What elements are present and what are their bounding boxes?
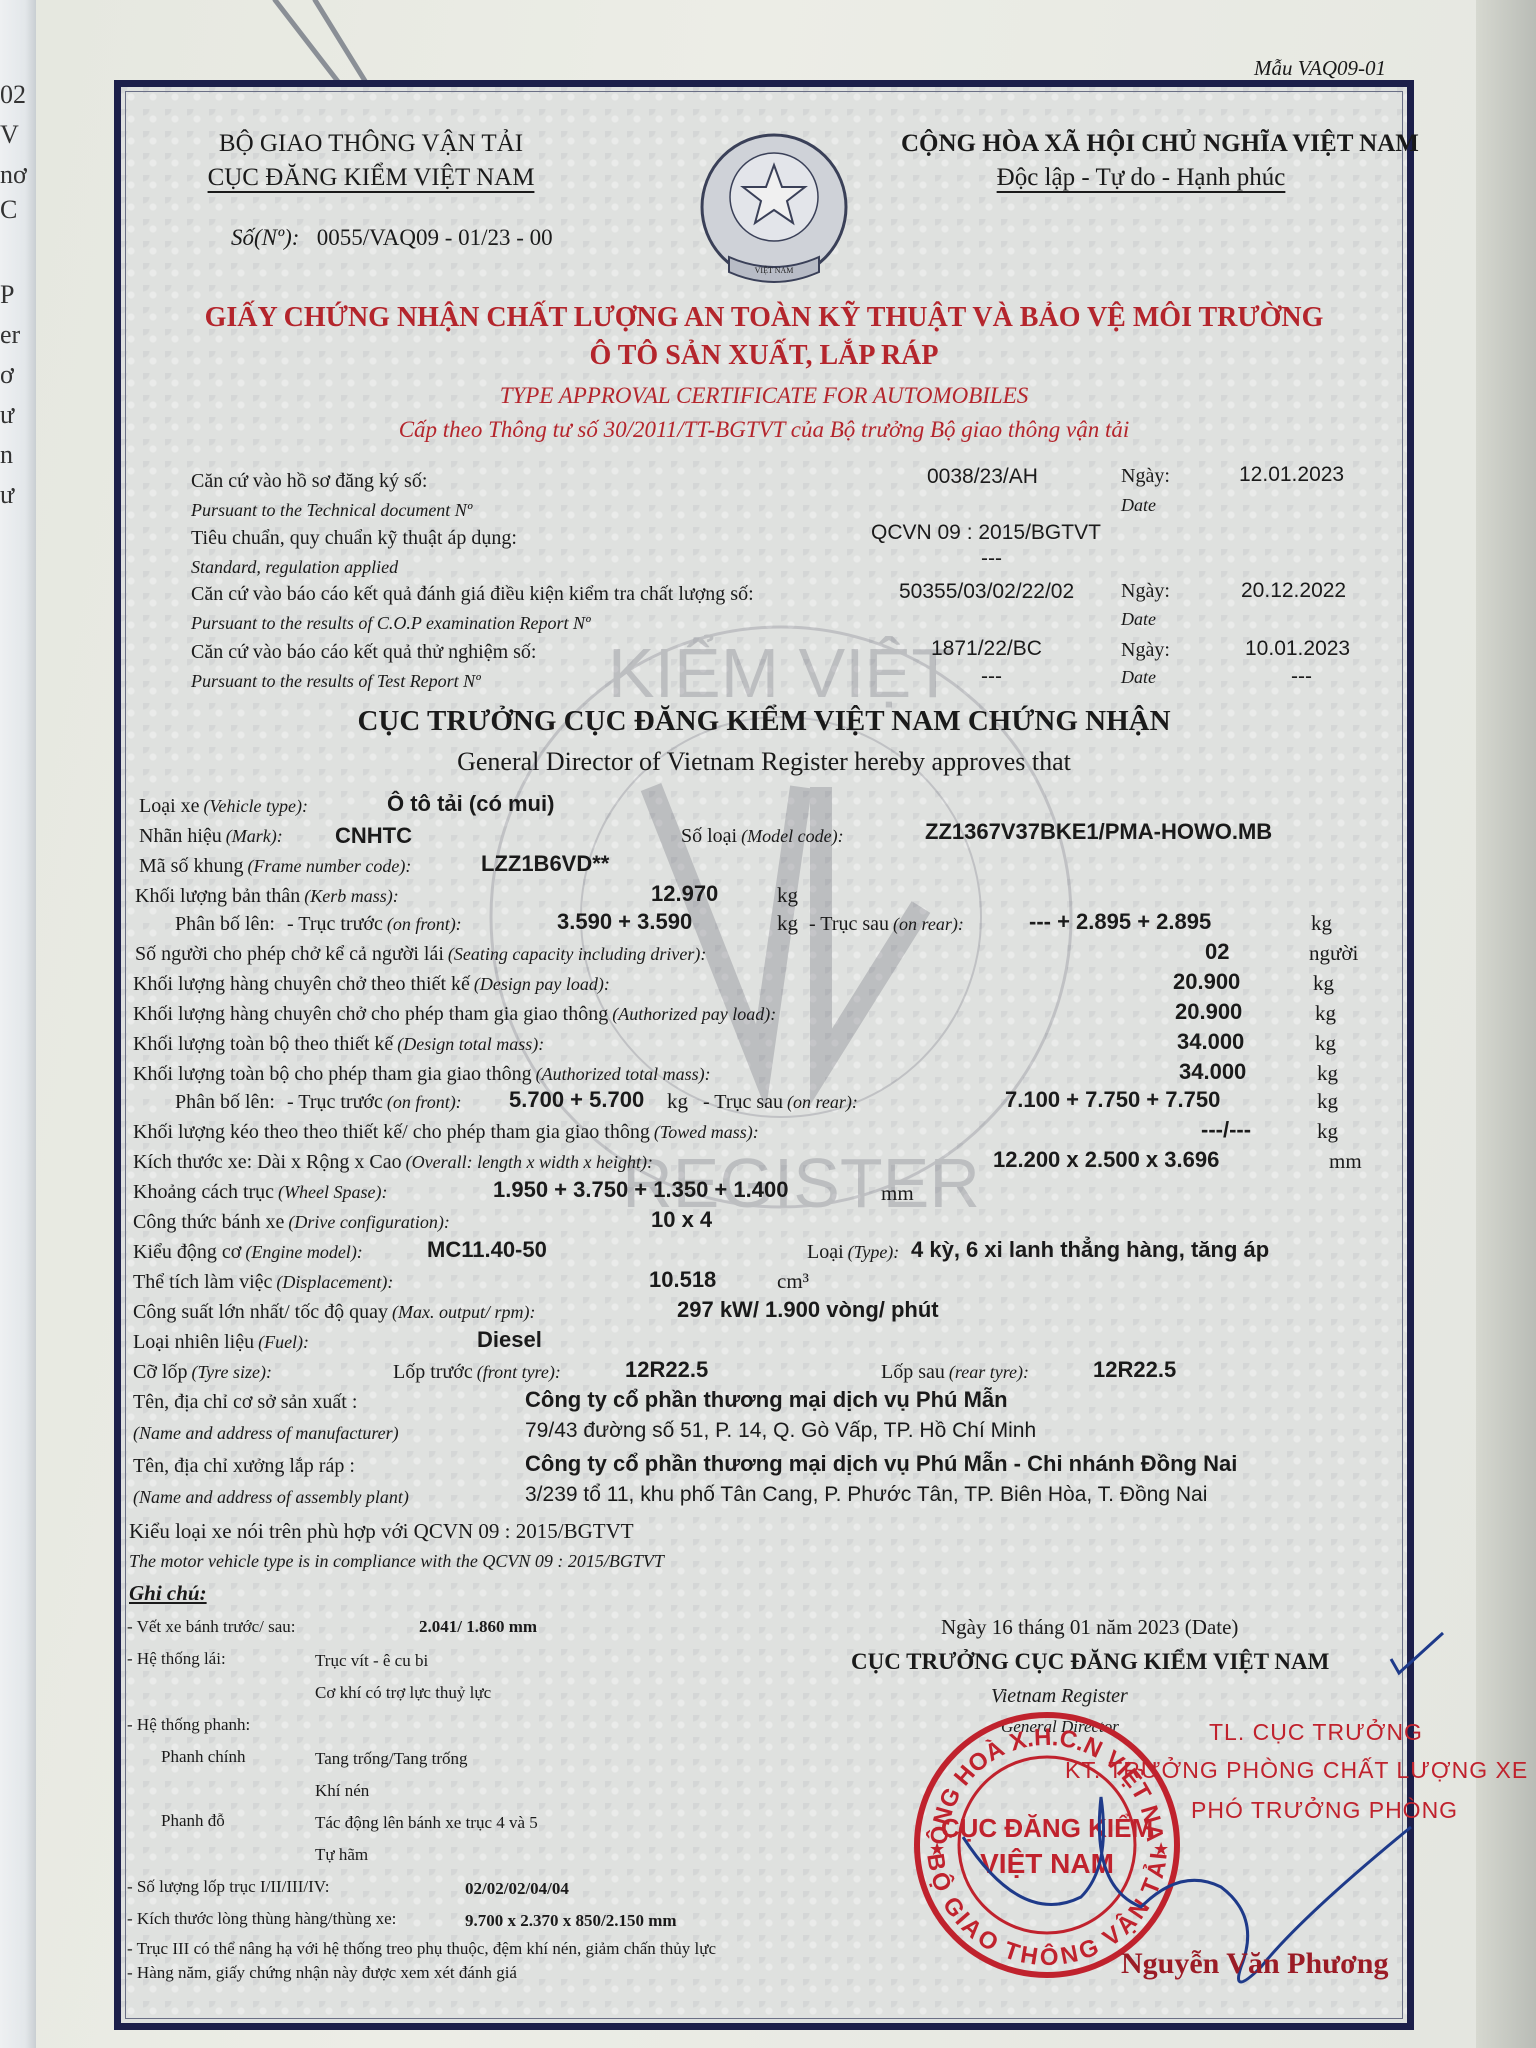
annual-review-note: - Hàng năm, giấy chứng nhận này được xem… [127,1963,517,1983]
authorized-total-label: Khối lượng toàn bộ cho phép tham gia gia… [133,1063,711,1086]
reference-label-en: Pursuant to the Technical document Nº [191,500,472,521]
frame-label: Mã số khung (Frame number code): [139,855,411,878]
certificate-title-line2: Ô TÔ SẢN XUẤT, LẮP RÁP [121,340,1407,372]
axle3-note: - Trục III có thể nâng hạ với hệ thống t… [127,1939,716,1959]
unit-kg: kg [667,1089,688,1114]
model-label: Số loại (Model code): [681,825,844,848]
date-label: Ngày: [1121,580,1170,603]
steering-type: Trục vít - ê cu bi [315,1651,428,1671]
tyre-size-label: Cỡ lốp (Tyre size): [133,1361,272,1384]
national-emblem-icon: VIỆT NAM [689,127,859,297]
unit-kg: kg [1317,1119,1338,1144]
manufacturer-label-en: (Name and address of manufacturer) [133,1423,399,1444]
reference-date-secondary: --- [1291,665,1312,689]
unit-kg: kg [1317,1061,1338,1086]
country-name: CỘNG HÒA XÃ HỘI CHỦ NGHĨA VIỆT NAM [901,127,1381,161]
assembly-label: Tên, địa chỉ xưởng lắp ráp : [133,1455,355,1478]
brake-label: - Hệ thống phanh: [127,1715,250,1735]
rear-tyre: 12R22.5 [1093,1357,1176,1383]
certificate-title-line1: GIẤY CHỨNG NHẬN CHẤT LƯỢNG AN TOÀN KỸ TH… [121,302,1407,334]
signer-name: Nguyễn Văn Phương [1121,1947,1388,1981]
unit-kg: kg [777,911,798,936]
max-output: 297 kW/ 1.900 vòng/ phút [677,1297,939,1323]
engine-model: MC11.40-50 [427,1237,547,1263]
agency-name: CỤC ĐĂNG KIỂM VIỆT NAM [181,161,561,195]
manufacturer-name: Công ty cổ phần thương mại dịch vụ Phú M… [525,1387,1008,1413]
form-code: Mẫu VAQ09-01 [1254,56,1386,81]
mark-label: Nhãn hiệu (Mark): [139,825,283,848]
seating-label: Số người cho phép chở kể cả người lái (S… [135,943,706,966]
front-tyre-label: Lốp trước (front tyre): [393,1361,561,1384]
reference-value: 0038/23/AH [927,465,1038,489]
compliance-statement-en: The motor vehicle type is in compliance … [129,1551,664,1572]
park-brake-label: Phanh đỗ [161,1811,225,1831]
vehicle-mark: CNHTC [335,823,412,849]
svg-text:KIỂM VIỆT: KIỂM VIỆT [608,633,954,712]
front-tyre: 12R22.5 [625,1357,708,1383]
reference-label-en: Pursuant to the results of C.O.P examina… [191,613,591,634]
main-brake-actuation: Khí nén [315,1781,369,1801]
back-page-edge: 02 V nơ C P er ơ ư n ư [0,0,36,2048]
reference-value: QCVN 09 : 2015/BGTVT [871,521,1101,545]
unit-persons: người [1309,941,1358,966]
authorized-payload: 20.900 [1175,999,1242,1025]
cert-no-label: Số(Nº): [231,225,299,250]
issuer-block: BỘ GIAO THÔNG VẬN TẢI CỤC ĐĂNG KIỂM VIỆT… [181,127,561,195]
assembly-label-en: (Name and address of assembly plant) [133,1487,409,1508]
unit-kg: kg [1315,1031,1336,1056]
reference-value: 1871/22/BC [931,637,1042,661]
seating-capacity: 02 [1205,939,1229,965]
certificate-title-english: TYPE APPROVAL CERTIFICATE FOR AUTOMOBILE… [121,383,1407,409]
kerb-mass: 12.970 [651,881,718,907]
reference-label: Căn cứ vào báo cáo kết quả đánh giá điều… [191,583,754,606]
unit-mm: mm [1329,1149,1362,1174]
unit-cm3: cm³ [777,1269,809,1294]
main-brake-label: Phanh chính [161,1747,246,1767]
cert-no-value: 0055/VAQ09 - 01/23 - 00 [317,225,553,250]
wheelbase-label: Khoảng cách trục (Wheel Spase): [133,1181,388,1204]
kerb-distribution-row: Phân bố lên: - Trục trước (on front): [175,913,462,936]
issue-date: Ngày 16 tháng 01 năm 2023 (Date) [941,1615,1238,1640]
displacement-label: Thể tích làm việc (Displacement): [133,1271,393,1294]
date-label-en: Date [1121,667,1156,688]
model-code: ZZ1367V37BKE1/PMA-HOWO.MB [925,819,1272,845]
kerb-rear-axle: --- + 2.895 + 2.895 [1029,909,1211,935]
vehicle-type: Ô tô tải (có mui) [387,791,554,817]
certificate-number: Số(Nº): 0055/VAQ09 - 01/23 - 00 [231,225,553,251]
drive-configuration: 10 x 4 [651,1207,712,1233]
checkmark-icon [1387,1629,1447,1679]
cargo-dims-label: - Kích thước lòng thùng hàng/thùng xe: [127,1909,396,1929]
wheelbase: 1.950 + 3.750 + 1.350 + 1.400 [493,1177,788,1203]
certificate-frame: KIỂM VIỆT REGISTER BỘ GIAO THÔNG VẬN TẢI… [114,80,1414,2030]
unit-kg: kg [1315,1001,1336,1026]
towed-mass-label: Khối lượng kéo theo theo thiết kế/ cho p… [133,1121,759,1144]
approval-heading: CỤC TRƯỞNG CỤC ĐĂNG KIỂM VIỆT NAM CHỨNG … [121,705,1407,738]
date-label-en: Date [1121,495,1156,516]
fuel-label: Loại nhiên liệu (Fuel): [133,1331,309,1354]
reference-label: Căn cứ vào hồ sơ đăng ký số: [191,470,427,493]
dimensions-label: Kích thước xe: Dài x Rộng x Cao (Overall… [133,1151,653,1174]
tyre-count-label: - Số lượng lốp trục I/II/III/IV: [127,1877,329,1897]
frame-number: LZZ1B6VD** [481,851,609,877]
vehicle-type-row: Loại xe (Vehicle type): [139,795,308,818]
max-output-label: Công suất lớn nhất/ tốc độ quay (Max. ou… [133,1301,535,1324]
total-rear-axle: 7.100 + 7.750 + 7.750 [1005,1087,1220,1113]
reference-label: Tiêu chuẩn, quy chuẩn kỹ thuật áp dụng: [191,527,517,550]
notes-heading: Ghi chú: [129,1581,207,1606]
design-payload-label: Khối lượng hàng chuyên chở theo thiết kế… [133,973,610,996]
svg-text:VIỆT NAM: VIỆT NAM [755,265,794,275]
main-brake-type: Tang trống/Tang trống [315,1749,467,1769]
steering-assist: Cơ khí có trợ lực thuỷ lực [315,1683,491,1703]
overall-dimensions: 12.200 x 2.500 x 3.696 [993,1147,1219,1173]
tyre-count: 02/02/02/04/04 [465,1879,569,1899]
unit-kg: kg [1311,911,1332,936]
reference-label: Căn cứ vào báo cáo kết quả thử nghiệm số… [191,641,536,664]
manufacturer-label: Tên, địa chỉ cơ sở sản xuất : [133,1391,357,1414]
issued-under-circular: Cấp theo Thông tư số 30/2011/TT-BGTVT củ… [121,417,1407,443]
authorized-payload-label: Khối lượng hàng chuyên chở cho phép tham… [133,1003,776,1026]
drive-config-label: Công thức bánh xe (Drive configuration): [133,1211,450,1234]
engine-model-label: Kiểu động cơ (Engine model): [133,1241,363,1264]
engine-type-label: Loại (Type): [807,1241,899,1264]
reference-date: 20.12.2022 [1241,579,1346,603]
date-label: Ngày: [1121,465,1170,488]
authorized-total-mass: 34.000 [1179,1059,1246,1085]
unit-mm: mm [881,1181,914,1206]
total-front-axle: 5.700 + 5.700 [509,1087,644,1113]
engine-type: 4 kỳ, 6 xi lanh thẳng hàng, tăng áp [911,1237,1269,1263]
reference-date: 10.01.2023 [1245,637,1350,661]
track-width: 2.041/ 1.860 mm [419,1617,537,1637]
country-block: CỘNG HÒA XÃ HỘI CHỦ NGHĨA VIỆT NAM Độc l… [901,127,1381,195]
design-total-mass: 34.000 [1177,1029,1244,1055]
displacement: 10.518 [649,1267,716,1293]
design-payload: 20.900 [1173,969,1240,995]
manufacturer-address: 79/43 đường số 51, P. 14, Q. Gò Vấp, TP.… [525,1419,1036,1443]
rear-label: - Trục sau (on rear): [703,1091,858,1114]
assembly-name: Công ty cổ phần thương mại dịch vụ Phú M… [525,1451,1237,1477]
page-edge-right [1476,0,1536,2048]
reference-label-en: Pursuant to the results of Test Report N… [191,671,481,692]
compliance-statement: Kiểu loại xe nói trên phù hợp với QCVN 0… [129,1519,634,1544]
national-motto: Độc lập - Tự do - Hạnh phúc [901,161,1381,195]
park-brake-actuation: Tự hãm [315,1845,368,1865]
rear-tyre-label: Lốp sau (rear tyre): [881,1361,1029,1384]
reference-value: 50355/03/02/22/02 [899,580,1074,604]
kerb-front-axle: 3.590 + 3.590 [557,909,692,935]
signatory-title: CỤC TRƯỞNG CỤC ĐĂNG KIỂM VIỆT NAM [851,1649,1329,1675]
design-total-label: Khối lượng toàn bộ theo thiết kế (Design… [133,1033,544,1056]
ministry-name: BỘ GIAO THÔNG VẬN TẢI [181,127,561,161]
rear-label: - Trục sau (on rear): [809,913,964,936]
date-label-en: Date [1121,609,1156,630]
unit-kg: kg [1313,971,1334,996]
reference-date: 12.01.2023 [1239,463,1344,487]
steering-label: - Hệ thống lái: [127,1649,226,1669]
unit-kg: kg [777,883,798,908]
date-label: Ngày: [1121,639,1170,662]
assembly-address: 3/239 tổ 11, khu phố Tân Cang, P. Phước … [525,1483,1207,1507]
cargo-dimensions: 9.700 x 2.370 x 850/2.150 mm [465,1911,677,1931]
reference-value-secondary: --- [981,665,1002,689]
total-distribution-row: Phân bố lên: - Trục trước (on front): [175,1091,462,1114]
reference-value-secondary: --- [981,547,1002,571]
reference-label-en: Standard, regulation applied [191,557,398,578]
park-brake-type: Tác động lên bánh xe trục 4 và 5 [315,1813,538,1833]
track-label: - Vết xe bánh trước/ sau: [127,1617,295,1637]
approval-heading-en: General Director of Vietnam Register her… [121,747,1407,777]
kerb-mass-label: Khối lượng bản thân (Kerb mass): [135,885,399,908]
unit-kg: kg [1317,1089,1338,1114]
towed-mass: ---/--- [1201,1117,1251,1143]
fuel-type: Diesel [477,1327,542,1353]
